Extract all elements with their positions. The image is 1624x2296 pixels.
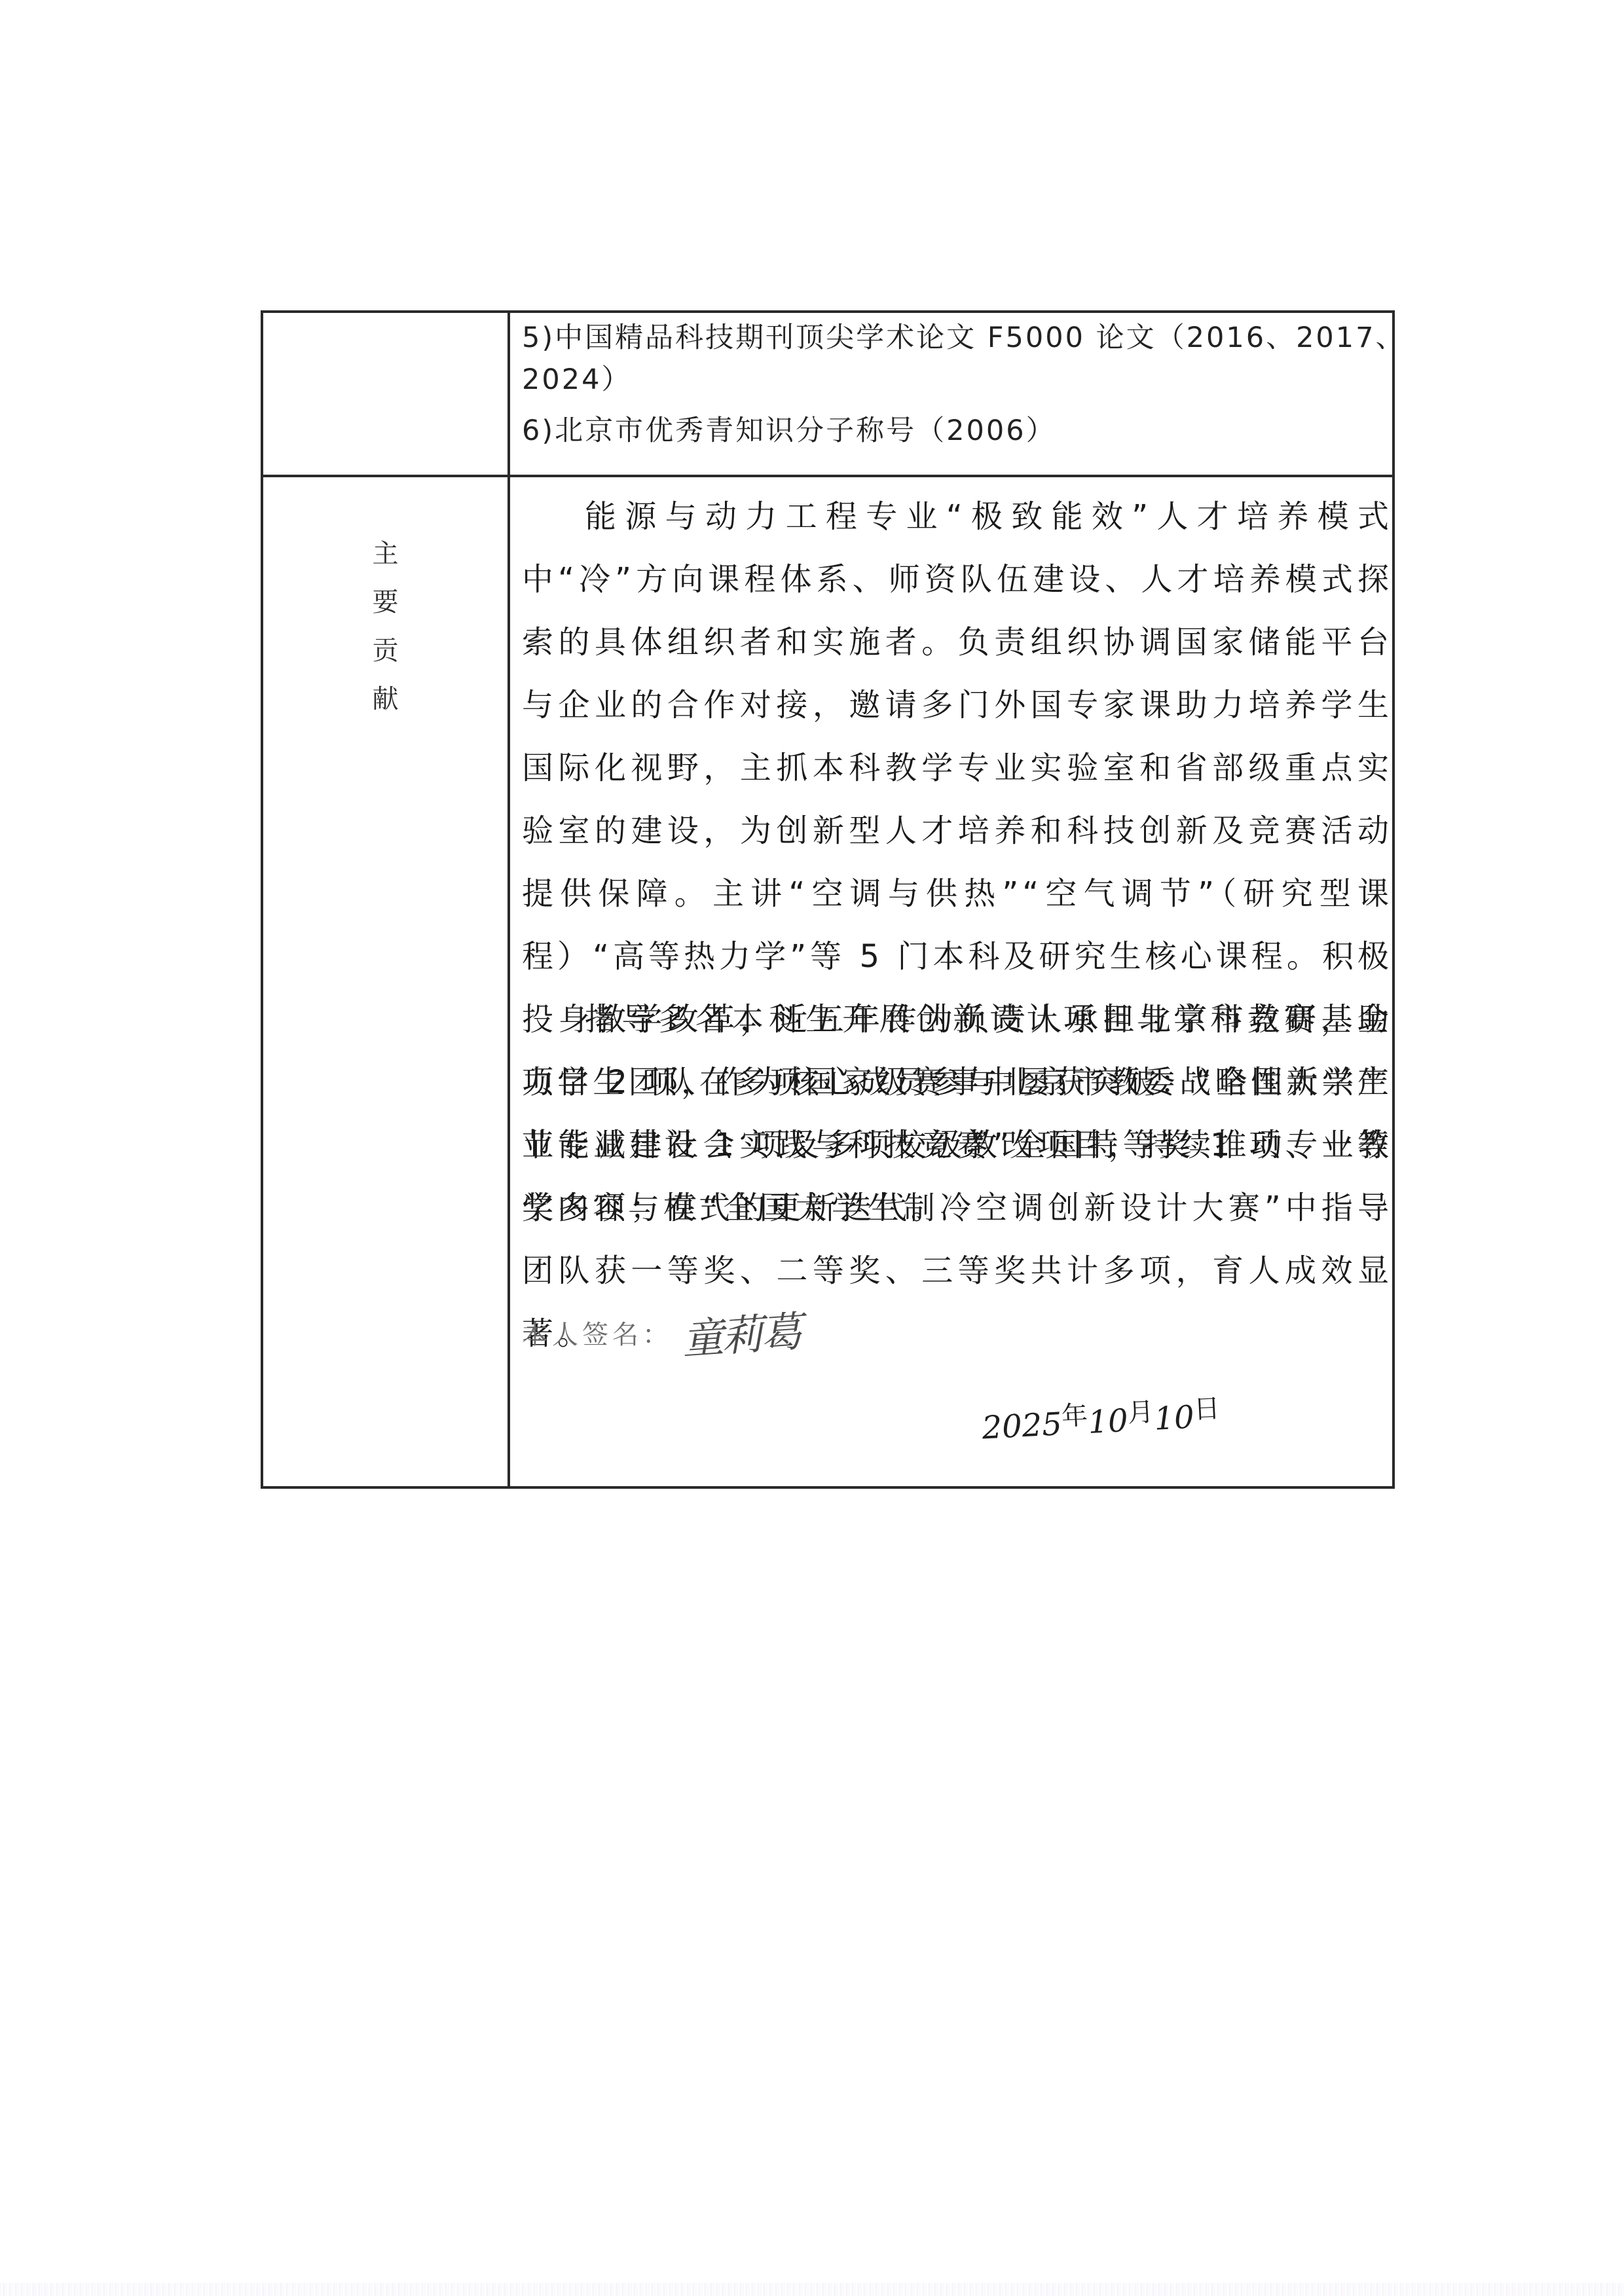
handwritten-signature: 童莉葛 xyxy=(680,1298,802,1366)
label-char: 贡 xyxy=(263,627,507,675)
signature-row: 本人签名： 童莉葛 xyxy=(522,1302,800,1362)
label-char: 主 xyxy=(263,530,507,578)
date-day-unit: 日 xyxy=(1193,1394,1221,1425)
date-year: 2025 xyxy=(981,1406,1063,1446)
scan-artifact-band xyxy=(0,2283,1624,2296)
date-day: 10 xyxy=(1153,1399,1195,1438)
contribution-label-cell: 主 要 贡 献 xyxy=(263,477,510,1486)
honors-row: 5)中国精品科技期刊顶尖学术论文 F5000 论文（2016、2017、 202… xyxy=(263,313,1392,477)
honors-content-cell: 5)中国精品科技期刊顶尖学术论文 F5000 论文（2016、2017、 202… xyxy=(510,313,1392,475)
date-month: 10 xyxy=(1087,1402,1129,1441)
document-page: 5)中国精品科技期刊顶尖学术论文 F5000 论文（2016、2017、 202… xyxy=(0,0,1624,2296)
honors-label-cell xyxy=(263,313,510,475)
signature-date: 2025年10月10日 xyxy=(980,1388,1221,1447)
contribution-label: 主 要 贡 献 xyxy=(263,530,507,723)
label-char: 献 xyxy=(263,675,507,723)
contribution-content-cell: 能源与动力工程专业“极致能效”人才培养模式中“冷”方向课程体系、师资队伍建设、人… xyxy=(510,477,1392,1486)
honor-item-5-line1: 5)中国精品科技期刊顶尖学术论文 F5000 论文（2016、2017、 xyxy=(522,318,1406,357)
contribution-row: 主 要 贡 献 能源与动力工程专业“极致能效”人才培养模式中“冷”方向课程体系、… xyxy=(263,477,1392,1486)
date-year-unit: 年 xyxy=(1061,1400,1088,1432)
form-table: 5)中国精品科技期刊顶尖学术论文 F5000 论文（2016、2017、 202… xyxy=(261,310,1395,1489)
honor-item-5-line2: 2024） xyxy=(522,360,631,399)
signature-label: 本人签名： xyxy=(522,1314,673,1351)
label-char: 要 xyxy=(263,578,507,627)
honor-item-6: 6)北京市优秀青知识分子称号（2006） xyxy=(522,411,1056,450)
date-month-unit: 月 xyxy=(1127,1397,1154,1429)
